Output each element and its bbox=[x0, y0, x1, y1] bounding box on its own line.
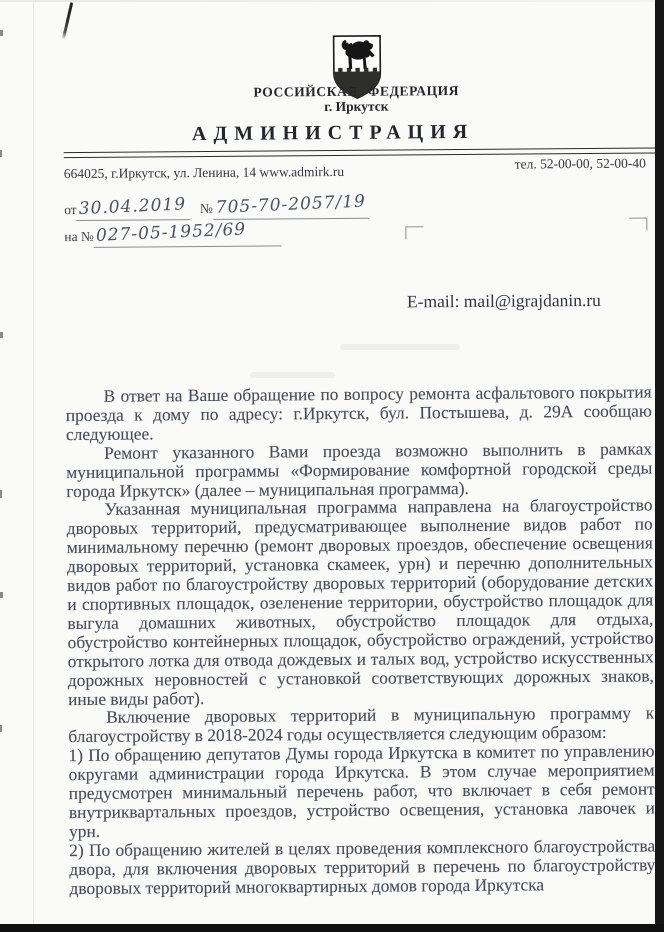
addressee-corner-mark-left bbox=[405, 226, 423, 239]
reference-row-incoming: на №027-05-1952/69 bbox=[64, 224, 282, 248]
letterhead-address: 664025, г.Иркутск, ул. Ленина, 14 www.ad… bbox=[64, 164, 344, 182]
scan-speck bbox=[0, 150, 2, 157]
bleedthrough-smudge bbox=[340, 344, 460, 350]
bleedthrough-smudge bbox=[250, 372, 335, 378]
recipient-email: E-mail: mail@igrajdanin.ru bbox=[407, 290, 601, 313]
scan-speck bbox=[0, 332, 3, 338]
body-paragraph: 2) По обращению жителей в целях проведен… bbox=[69, 836, 655, 897]
scan-speck bbox=[0, 592, 3, 598]
reference-row-outgoing: от30.04.2019№705-70-2057/19 bbox=[64, 197, 369, 221]
scan-edge-bottom bbox=[0, 924, 664, 932]
letterhead-city: г. Иркутск bbox=[99, 97, 613, 117]
body-paragraph: Указанная муниципальная программа направ… bbox=[66, 496, 654, 709]
scan-speck bbox=[0, 30, 3, 36]
handwritten-outgoing-number: 705-70-2057/19 bbox=[215, 192, 366, 218]
scan-edge-right bbox=[655, 0, 664, 932]
scan-speck bbox=[0, 490, 2, 498]
number-sign-label: № bbox=[200, 201, 213, 216]
scan-edge-top bbox=[0, 0, 664, 2]
handwritten-date: 30.04.2019 bbox=[79, 194, 187, 219]
addressee-corner-mark-right bbox=[629, 218, 647, 231]
letterhead-phone: тел. 52-00-00, 52-00-40 bbox=[515, 156, 646, 173]
body-paragraph: В ответ на Ваше обращение по вопросу рем… bbox=[66, 382, 652, 443]
body-paragraph: 1) По обращению депутатов Думы города Ир… bbox=[68, 742, 655, 841]
scan-crease-line bbox=[33, 0, 34, 924]
letterhead-organization-title: АДМИНИСТРАЦИЯ bbox=[0, 119, 660, 147]
scan-speck bbox=[0, 725, 2, 732]
body-paragraph: Включение дворовых территорий в муниципа… bbox=[68, 704, 654, 746]
letter-sheet: РОССИЙСКАЯ ФЕДЕРАЦИЯ г. Иркутск АДМИНИСТ… bbox=[0, 0, 664, 932]
from-label: от bbox=[64, 202, 77, 217]
reply-to-label: на № bbox=[64, 229, 94, 244]
handwritten-incoming-number: 027-05-1952/69 bbox=[96, 219, 247, 245]
scanned-letter-page: РОССИЙСКАЯ ФЕДЕРАЦИЯ г. Иркутск АДМИНИСТ… bbox=[0, 0, 664, 932]
letter-body: В ответ на Ваше обращение по вопросу рем… bbox=[66, 382, 656, 897]
body-paragraph: Ремонт указанного Вами проезда возможно … bbox=[66, 439, 652, 500]
